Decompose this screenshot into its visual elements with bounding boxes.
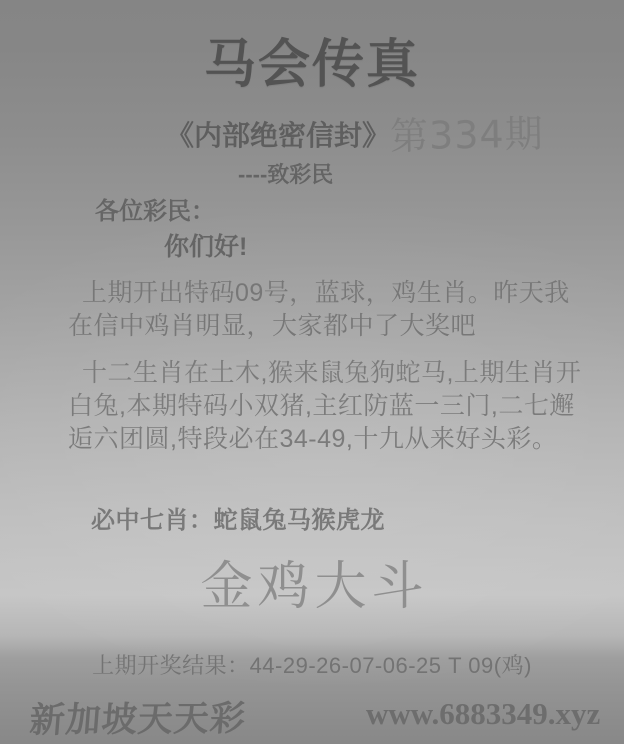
envelope-subtitle: 《内部绝密信封》 <box>166 114 390 154</box>
brand-name: 新加坡天天彩 <box>28 691 248 743</box>
headline-phrase: 金鸡大斗 <box>0 556 624 618</box>
salutation: 各位彩民： <box>95 191 215 226</box>
website-url: www.6883349.xyz <box>366 696 600 732</box>
letter-paragraph-1: 上期开出特码09号，蓝球，鸡生肖。昨天我 在信中鸡肖明显，大家都中了大奖吧 <box>68 277 616 343</box>
greeting: 你们好! <box>164 227 247 263</box>
dedication-line: ----致彩民 <box>238 158 333 189</box>
page-title: 马会传真 <box>0 36 624 96</box>
letter-paragraph-2: 十二生肖在土木,猴来鼠兔狗蛇马,上期生肖开 白兔,本期特码小双猪,主红防蓝一三门… <box>68 357 616 456</box>
last-draw-result: 上期开奖结果：44-29-26-07-06-25 T 09(鸡) <box>0 651 624 681</box>
seven-zodiac-pick: 必中七肖：蛇鼠兔马猴虎龙 <box>91 500 385 535</box>
issue-number: 第334期 <box>390 103 544 161</box>
